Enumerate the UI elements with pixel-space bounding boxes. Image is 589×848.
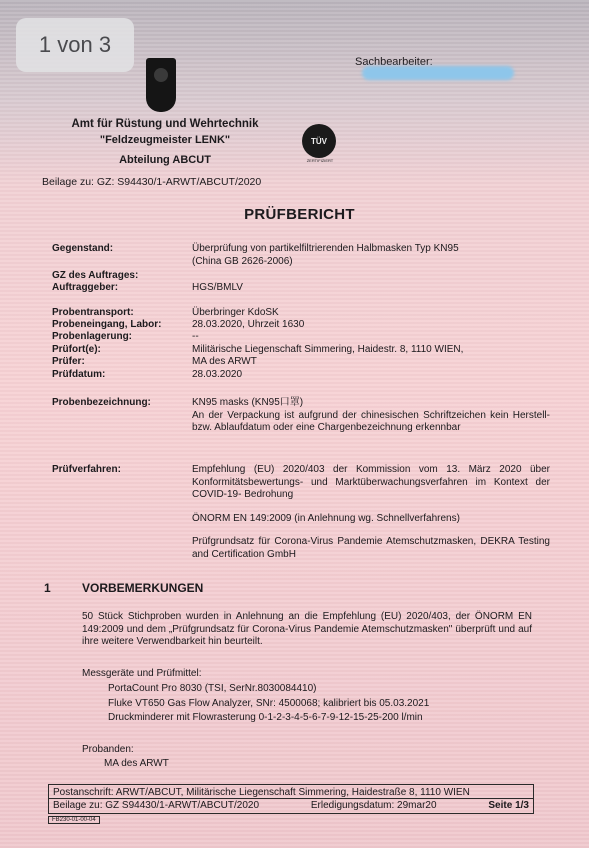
field-label: Prüfverfahren: xyxy=(52,464,192,477)
document-title: PRÜFBERICHT xyxy=(0,206,589,223)
field-value: Empfehlung (EU) 2020/403 der Kommission … xyxy=(192,464,550,561)
footer-box: Postanschrift: ARWT/ABCUT, Militärische … xyxy=(48,784,534,814)
organization-line-2: "Feldzeugmeister LENK" xyxy=(60,132,270,148)
organization-name: Amt für Rüstung und Wehrtechnik "Feldzeu… xyxy=(60,116,270,148)
section-intro: 50 Stück Stichproben wurden in Anlehnung… xyxy=(82,611,532,649)
equipment-list: PortaCount Pro 8030 (TSI, SerNr.80300844… xyxy=(108,682,429,726)
page-indicator: 1 von 3 xyxy=(16,18,134,72)
department: Abteilung ABCUT xyxy=(60,154,270,166)
field-value: Militärische Liegenschaft Simmering, Hai… xyxy=(192,344,550,357)
sample-note: An der Verpackung ist aufgrund der chine… xyxy=(192,410,550,435)
coat-of-arms-icon xyxy=(146,58,176,112)
method-eu-recommendation: Empfehlung (EU) 2020/403 der Kommission … xyxy=(192,464,550,502)
section-number: 1 xyxy=(44,581,82,595)
field-value: KN95 masks (KN95口罩) An der Verpackung is… xyxy=(192,397,550,435)
postal-address: Postanschrift: ARWT/ABCUT, Militärische … xyxy=(53,787,470,798)
tuev-certification-icon: TÜV xyxy=(302,124,336,158)
section-title: VORBEMERKUNGEN xyxy=(82,581,203,595)
field-value: 28.03.2020 xyxy=(192,369,550,382)
subjects-value: MA des ARWT xyxy=(104,757,169,772)
method-dekra: Prüfgrundsatz für Corona-Virus Pandemie … xyxy=(192,536,550,561)
field-value: -- xyxy=(192,331,550,344)
sample-name: KN95 masks (KN95口罩) xyxy=(192,397,303,408)
equipment-item: PortaCount Pro 8030 (TSI, SerNr.80300844… xyxy=(108,682,429,697)
method-oenorm: ÖNORM EN 149:2009 (in Anlehnung wg. Schn… xyxy=(192,513,550,526)
field-value: Überprüfung von partikelfiltrierenden Ha… xyxy=(192,243,472,268)
equipment-item: Fluke VT650 Gas Flow Analyzer, SNr: 4500… xyxy=(108,697,429,712)
page-number: Seite 1/3 xyxy=(488,800,529,811)
equipment-item: Druckminderer mit Flowrasterung 0-1-2-3-… xyxy=(108,711,429,726)
redaction-mark xyxy=(362,66,514,80)
section-heading: 1VORBEMERKUNGEN xyxy=(44,581,203,595)
footer-reference: Beilage zu: GZ S94430/1-ARWT/ABCUT/2020 xyxy=(53,800,259,811)
form-code: FB230-01-00-04 xyxy=(48,816,100,824)
field-value: Überbringer KdoSK xyxy=(192,307,550,320)
certification-subtext: ZERTIFIZIERT xyxy=(300,158,340,163)
subjects-label: Probanden: xyxy=(82,744,532,757)
field-label: GZ des Auftrages: xyxy=(52,270,192,283)
field-label: Auftraggeber: xyxy=(52,282,192,295)
field-label: Probeneingang, Labor: xyxy=(52,319,192,332)
footer-meta: Beilage zu: GZ S94430/1-ARWT/ABCUT/2020 … xyxy=(49,798,533,812)
organization-line-1: Amt für Rüstung und Wehrtechnik xyxy=(60,116,270,132)
reference-number: Beilage zu: GZ: S94430/1-ARWT/ABCUT/2020 xyxy=(42,176,261,188)
field-value: MA des ARWT xyxy=(192,356,550,369)
field-label: Prüfort(e): xyxy=(52,344,192,357)
field-value: 28.03.2020, Uhrzeit 1630 xyxy=(192,319,550,332)
field-value: HGS/BMLV xyxy=(192,282,550,295)
field-label: Probenlagerung: xyxy=(52,331,192,344)
field-label: Probentransport: xyxy=(52,307,192,320)
field-label: Gegenstand: xyxy=(52,243,192,256)
field-label: Prüfer: xyxy=(52,356,192,369)
equipment-label: Messgeräte und Prüfmittel: xyxy=(82,668,532,681)
field-label: Prüfdatum: xyxy=(52,369,192,382)
field-label: Probenbezeichnung: xyxy=(52,397,192,410)
completion-date: Erledigungsdatum: 29mar20 xyxy=(311,800,437,811)
